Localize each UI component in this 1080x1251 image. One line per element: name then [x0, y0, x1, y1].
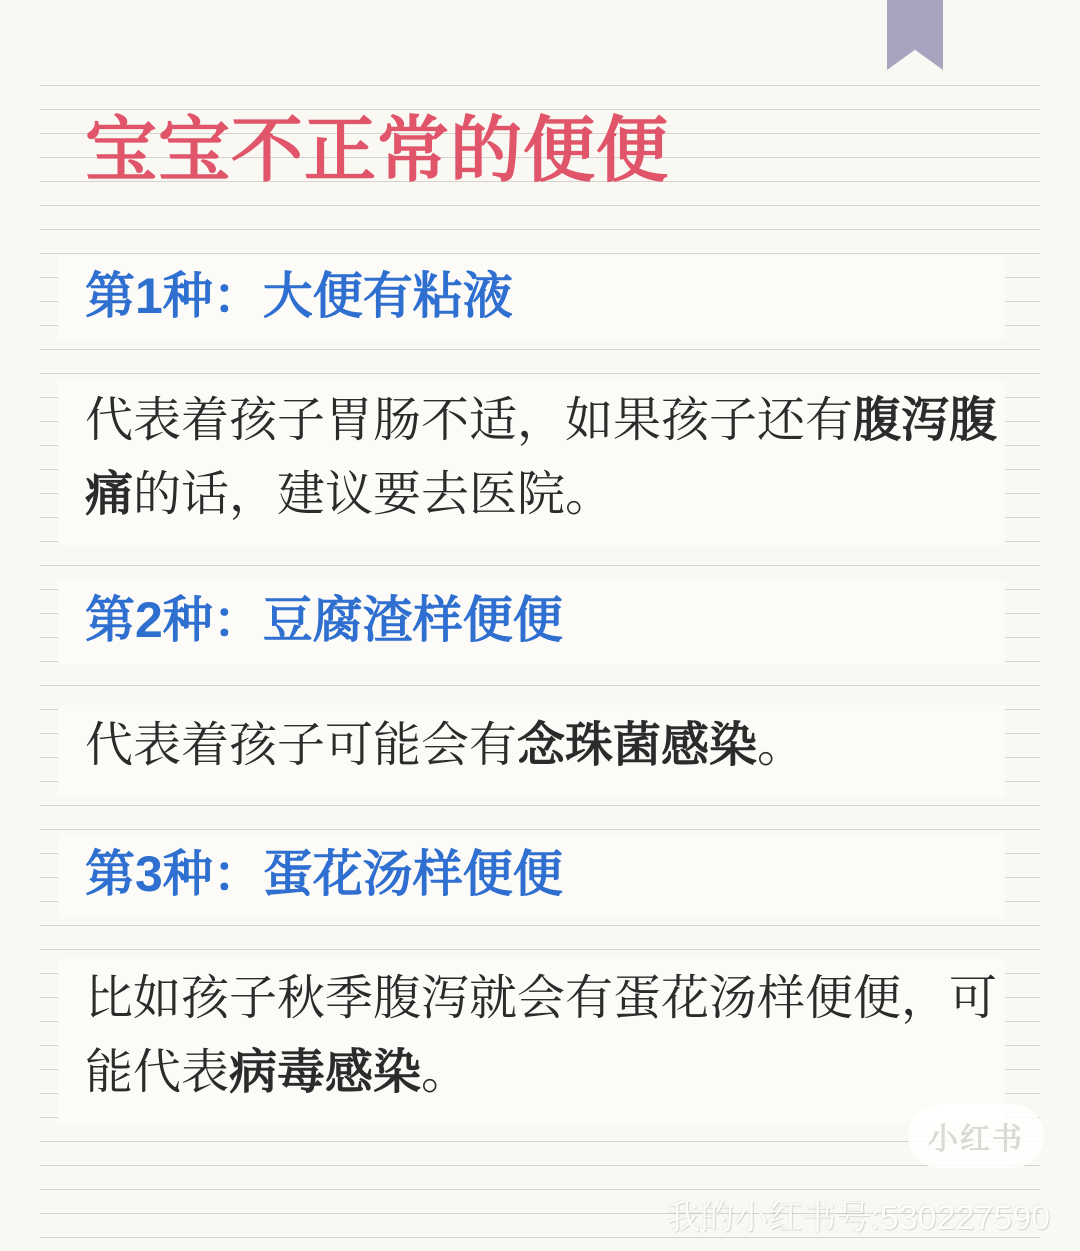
- xiaohongshu-badge-label: 小红书: [928, 1114, 1024, 1158]
- notebook-page: 宝宝不正常的便便 第1种：大便有粘液 代表着孩子胃肠不适，如果孩子还有腹泻腹痛的…: [0, 0, 1080, 1251]
- section-1-heading: 第1种：大便有粘液: [58, 256, 1005, 340]
- section-2-body: 代表着孩子可能会有念珠菌感染。: [58, 705, 1005, 797]
- account-watermark: 我的小红书号:530227590: [666, 1190, 1050, 1239]
- section-1-body: 代表着孩子胃肠不适，如果孩子还有腹泻腹痛的话，建议要去医院。: [58, 380, 1005, 546]
- section-2-heading: 第2种：豆腐渣样便便: [58, 580, 1005, 664]
- bookmark-ribbon-icon: [887, 0, 943, 70]
- xiaohongshu-badge: 小红书: [908, 1104, 1044, 1168]
- page-title: 宝宝不正常的便便: [85, 109, 669, 193]
- section-3-body: 比如孩子秋季腹泻就会有蛋花汤样便便，可能代表病毒感染。: [58, 958, 1005, 1124]
- section-3-heading: 第3种：蛋花汤样便便: [58, 834, 1005, 918]
